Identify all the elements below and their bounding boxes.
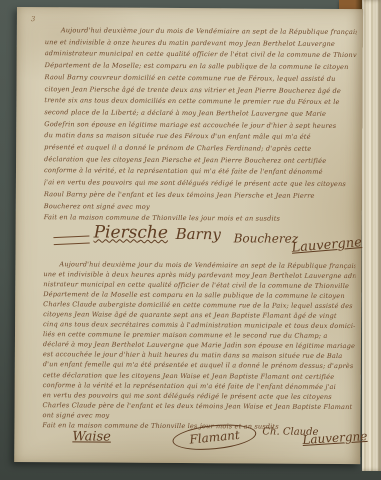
signature-lauvergne-2: Lauvergne — [302, 429, 368, 447]
birth-act-1: Aujourd'hui deuxième jour du mois de Ven… — [44, 25, 357, 226]
signature-waise: Waise — [72, 429, 111, 444]
signature-barny: Barny — [176, 225, 221, 243]
act1-signature-row: Piersche Barny Boucherez Lauvergne — [15, 226, 361, 260]
birth-act-2: Aujourd'hui deuxième jour du mois de Ven… — [42, 259, 355, 432]
signature-flamant: Flamant — [171, 421, 257, 453]
signature-lauvergne: Lauvergne — [291, 235, 362, 256]
signature-boucherez: Boucherez — [234, 231, 299, 245]
page-number: 3 — [31, 15, 36, 23]
manuscript-page: 3 Aujourd'hui deuxième jour du mois de V… — [14, 7, 363, 464]
signature-piersche: Piersche — [94, 222, 168, 242]
act2-signature-row: Waise Flamant Ch. Claude Lauvergne — [14, 421, 360, 461]
book-page-edges — [362, 0, 381, 471]
pen-flourish — [53, 236, 89, 246]
manuscript-line: Fait en la maison commune de Thionville … — [44, 212, 356, 226]
scanned-register-photo: { "register": { "page_number": "3", "act… — [0, 0, 381, 480]
